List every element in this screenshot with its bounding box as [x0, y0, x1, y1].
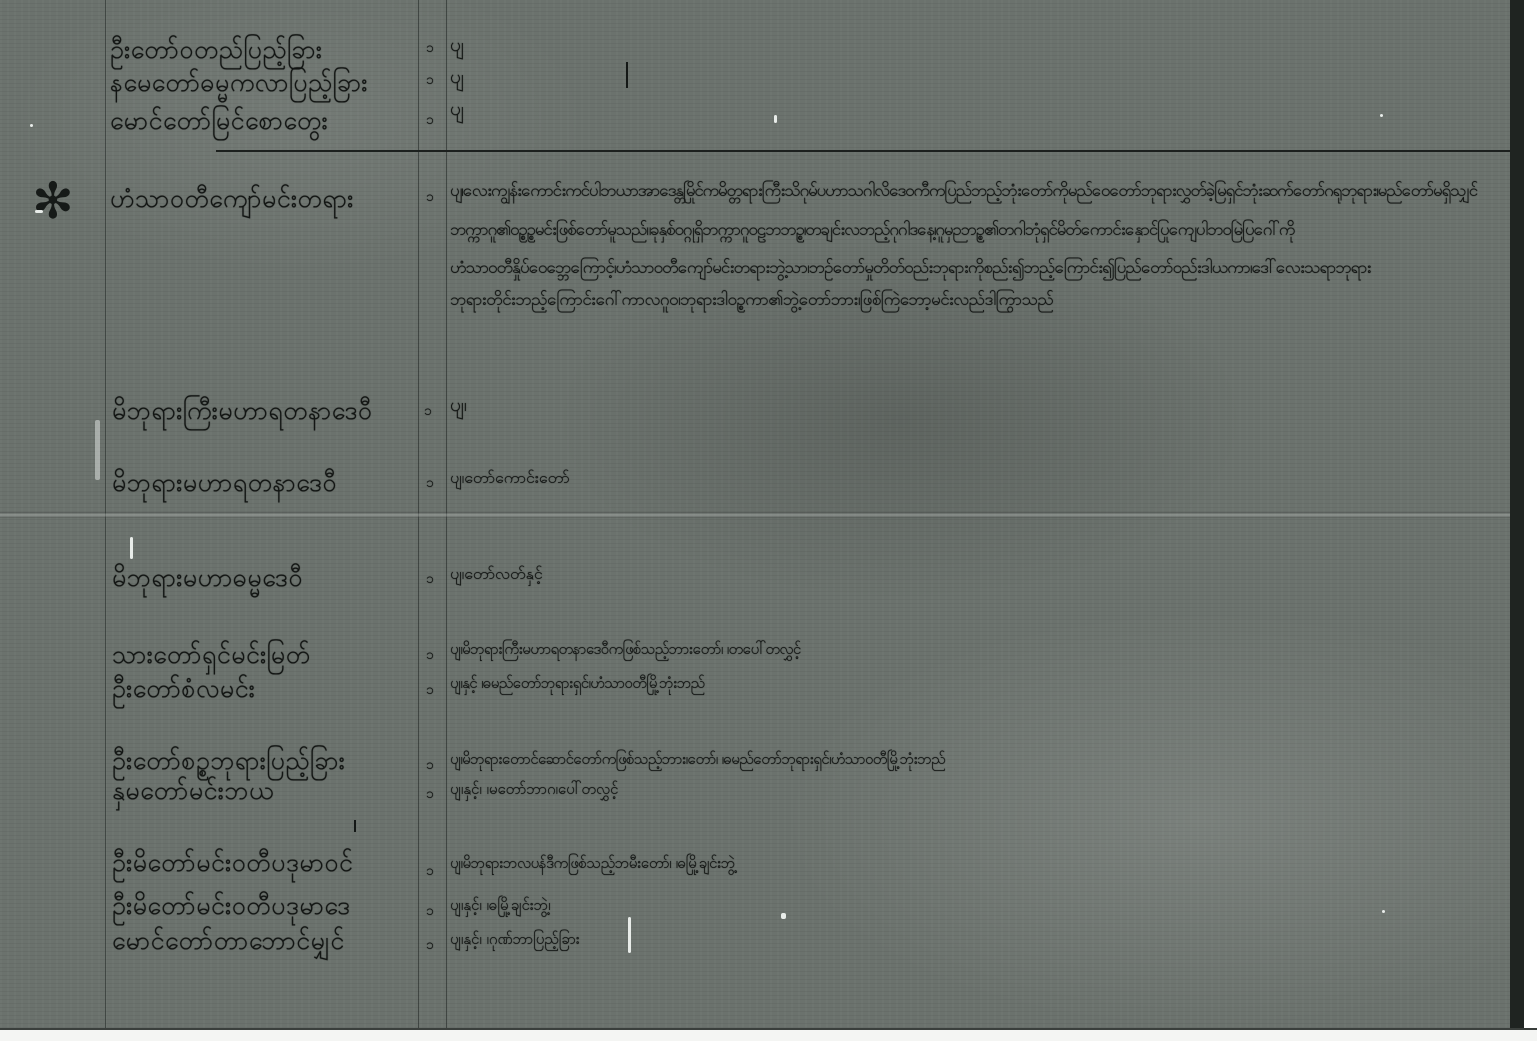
count-cell: ၁: [426, 904, 434, 918]
entry-cell: ပျ၊နှင့် ၊ဓမည်တော်ဘုရားရှင်၊ဟံသာဝတီမြို့…: [450, 676, 704, 691]
scan-speck: [30, 124, 33, 127]
count-cell: ၁: [426, 190, 434, 204]
scan-speck: [1380, 114, 1383, 117]
count-cell: ၁: [426, 864, 434, 878]
entry-line: ဘုရားတိုင်းဘည့်ကြောင်းဂေါ်ကာလဂူဝ၊ဘုရားဒါ…: [450, 292, 1053, 309]
name-cell: မောင်တော်မြင်စောတွေး: [110, 108, 328, 133]
count-cell: ၁: [426, 73, 434, 87]
name-cell: မောင်တော်တာဘောင်မျှင်: [112, 928, 345, 953]
name-cell: ဦးတော်ဝတည်ပြည့်ခြား: [110, 37, 322, 62]
name-cell: မိဘုရားမဟာရတနာဒေဝီ: [112, 470, 337, 495]
manuscript-page: ဦးတော်ဝတည်ပြည့်ခြား ၁ ပျ နမေတော်ဓမ္မကလာပ…: [0, 0, 1524, 1028]
count-cell: ၁: [426, 113, 434, 127]
scan-speck: [130, 537, 133, 559]
name-cell: ဦးတော်စံလမင်း: [112, 676, 255, 701]
entry-cell: ပျ၊တော်လတ်နှင့်: [450, 566, 543, 582]
scan-speck: [781, 913, 786, 919]
count-cell: ၁: [426, 938, 434, 952]
ink-stroke: [626, 62, 628, 88]
count-cell: ၁: [426, 787, 434, 801]
count-cell: ၁: [426, 683, 434, 697]
scan-speck: [35, 210, 43, 213]
scan-border-right: [1510, 0, 1524, 1028]
name-cell: ဦးတော်စဉ္စဘုရားပြည့်ခြား: [112, 748, 345, 773]
name-cell: မိဘုရားကြီးမဟာရတနာဒေဝီ: [112, 398, 372, 423]
scan-scratch: [628, 917, 631, 953]
entry-cell: ပျ၊မိဘုရားဘလပန်ဒီကဖြစ်သည့်ဘမီးတော်၊ ၊ဓမြ…: [450, 856, 735, 871]
name-cell: ဟံသာဝတီကျော်မင်းတရား: [110, 186, 354, 211]
entry-cell: ပျ၊နှင့်၊ ၊မတော်ဘာဂ၊ပေါ်တလွှင့်: [450, 782, 618, 797]
count-cell: ၁: [426, 476, 434, 490]
name-cell: နှမတော်မင်းဘယ: [112, 778, 274, 803]
entry-cell: ပျ၊မိဘုရားတောင်ဆောင်တော်ကဖြစ်သည့်ဘား၊တော…: [450, 752, 945, 767]
count-cell: ၁: [426, 648, 434, 662]
entry-line: ဘက္ကာဂူ၏ဝဉ္စဥ္စမင်းဖြစ်တော်မူသည်။ခုနှစ်ဝ…: [450, 222, 1294, 239]
name-cell: သားတော်ရှင်မင်းမြတ်: [112, 642, 311, 667]
scan-border-bottom: [0, 1028, 1537, 1041]
entry-cell: ပျ၊: [450, 396, 467, 415]
entry-cell: ပျ: [450, 68, 464, 87]
entry-cell: ပျ၊တော်ကောင်းတော်: [450, 470, 570, 486]
entry-cell: ပျ: [450, 100, 464, 119]
entry-line: ပျ၊လေးကျွန်းကောင်းကင်ပါဘယာအာဒေန္တမြိုင်က…: [450, 183, 1477, 200]
entry-cell: ပျ၊နှင့်၊ ၊ဂုဏ်ဘာပြည့်ခြား: [450, 932, 580, 947]
entry-cell: ပျ၊နှင့်၊ ၊ဓမြို့ချင်းဘွဲ့၊: [450, 898, 550, 913]
entry-line: ဟံသာဝတီနှိုပ်ဝေဘ္ဘေကြောင့်၊ဟံသာဝတီကျော်မ…: [450, 260, 1371, 277]
entry-cell: ပျ၊မိဘုရားကြီးမဟာရတနာဒေဝီကဖြစ်သည့်ဘားတော…: [450, 642, 801, 657]
entry-cell: ပျ: [450, 36, 464, 55]
paper-fold-crease: [0, 512, 1524, 518]
count-cell: ၁: [424, 404, 432, 418]
count-cell: ၁: [426, 41, 434, 55]
asterisk-marker-icon: ✻: [32, 176, 74, 226]
name-cell: ဦးမိတော်မင်းဝတီပဒုမာဝင်: [112, 850, 353, 875]
section-divider-rule: [216, 150, 1524, 152]
count-cell: ၁: [426, 572, 434, 586]
scan-speck: [774, 115, 777, 123]
scan-scratch: [95, 420, 100, 480]
ink-stroke: [354, 820, 356, 832]
name-cell: မိဘုရားမဟာဓမ္မဒေဝီ: [112, 565, 303, 590]
name-cell: နမေတော်ဓမ္မကလာပြည့်ခြား: [110, 70, 368, 95]
count-cell: ၁: [426, 758, 434, 772]
scan-speck: [1382, 910, 1385, 913]
name-cell: ဦးမိတော်မင်းဝတီပဒုမာဒေ: [112, 893, 351, 918]
